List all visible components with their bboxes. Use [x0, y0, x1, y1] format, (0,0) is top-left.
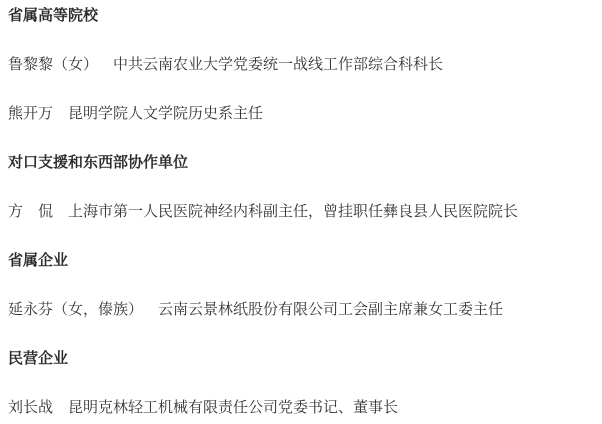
- person-position: 昆明学院人文学院历史系主任: [68, 105, 263, 122]
- section-heading-pairing-assistance-units: 对口支援和东西部协作单位: [8, 155, 594, 171]
- person-position: 云南云景林纸股份有限公司工会副主席兼女工委主任: [158, 301, 503, 318]
- person-position: 昆明克林轻工机械有限责任公司党委书记、董事长: [68, 399, 398, 416]
- person-position: 中共云南农业大学党委统一战线工作部综合科科长: [113, 56, 443, 73]
- person-entry: 熊开万昆明学院人文学院历史系主任: [8, 106, 594, 122]
- person-name: 鲁黎黎（女）: [8, 56, 98, 73]
- person-name: 延永芬（女，傣族）: [8, 301, 143, 318]
- person-entry: 延永芬（女，傣族）云南云景林纸股份有限公司工会副主席兼女工委主任: [8, 302, 594, 318]
- person-entry: 鲁黎黎（女）中共云南农业大学党委统一战线工作部综合科科长: [8, 57, 594, 73]
- person-name: 熊开万: [8, 105, 53, 122]
- document-page: 省属高等院校 鲁黎黎（女）中共云南农业大学党委统一战线工作部综合科科长 熊开万昆…: [0, 0, 602, 416]
- person-name: 刘长战: [8, 399, 53, 416]
- section-heading-provincial-universities: 省属高等院校: [8, 8, 594, 24]
- section-heading-private-enterprises: 民营企业: [8, 351, 594, 367]
- person-entry: 刘长战昆明克林轻工机械有限责任公司党委书记、董事长: [8, 400, 594, 416]
- person-name: 方 侃: [8, 203, 53, 220]
- person-entry: 方 侃上海市第一人民医院神经内科副主任，曾挂职任彝良县人民医院院长: [8, 204, 594, 220]
- person-position: 上海市第一人民医院神经内科副主任，曾挂职任彝良县人民医院院长: [68, 203, 518, 220]
- section-heading-provincial-enterprises: 省属企业: [8, 253, 594, 269]
